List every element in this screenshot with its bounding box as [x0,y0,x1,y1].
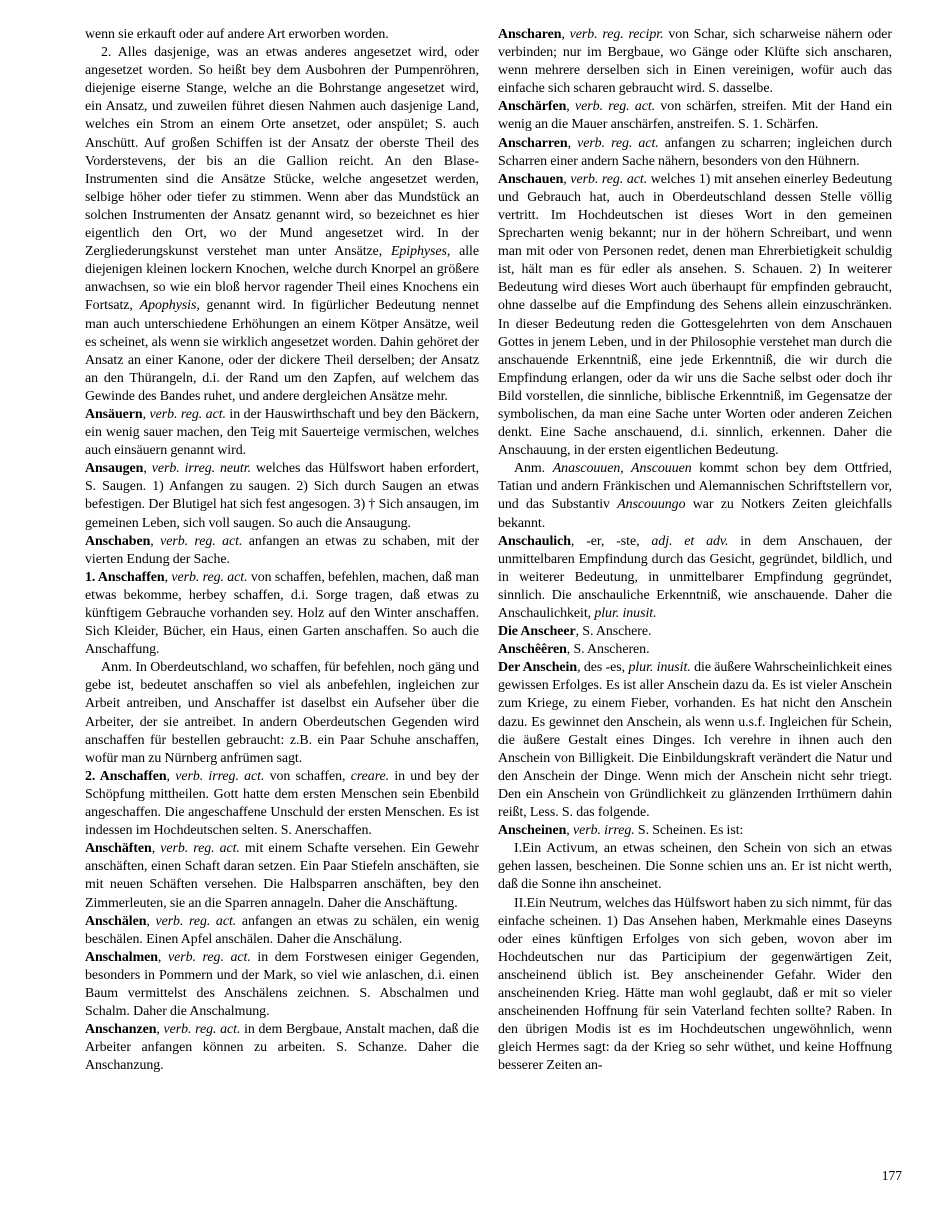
text-run: , S. Anschere. [576,624,652,639]
headword: Anschärfen [498,99,566,114]
text-run: 2. Alles dasjenige, was an etwas anderes… [85,45,479,259]
italic-run: Anscouungo [617,497,685,512]
headword: Anscheinen [498,823,566,838]
italic-run: verb. reg. act. [160,534,242,549]
italic-run: verb. reg. act. [168,950,251,965]
text-run: , [561,27,569,42]
italic-run: Anascouuen, Anscouuen [553,461,692,476]
entry-anschalmen: Anschalmen, verb. reg. act. in dem Forst… [85,949,479,1021]
text-run: , [150,534,160,549]
text-run: S. Scheinen. Es ist: [635,823,744,838]
text-run: , -er, -ste, [571,534,651,549]
headword: Anschälen [85,914,146,929]
text-run: Anm. In Oberdeutschland, wo schaffen, fü… [85,660,479,765]
headword: Der Anschein [498,660,577,675]
headword: 1. Anschaffen [85,570,165,585]
entry-anschanzen: Anschanzen, verb. reg. act. in dem Bergb… [85,1021,479,1075]
headword: Die Anscheer [498,624,576,639]
italic-run: verb. reg. act. [570,172,647,187]
ansatz-continuation: wenn sie erkauft oder auf andere Art erw… [85,26,479,44]
italic-run: verb. reg. act. [171,570,247,585]
headword: 2. Anschaffen [85,769,167,784]
italic-run: verb. irreg. act. [175,769,264,784]
headword: Anschalmen [85,950,158,965]
entry-anscharen: Anscharen, verb. reg. recipr. von Schar,… [498,26,892,98]
text-run: , S. Anscheren. [567,642,650,657]
text-run: Anm. [514,461,553,476]
text-run: die äußere Wahrscheinlichkeit eines gewi… [498,660,892,820]
headword: Anschauen [498,172,563,187]
entry-anschaben: Anschaben, verb. reg. act. anfangen an e… [85,533,479,569]
headword: Ansäuern [85,407,143,422]
italic-run: verb. reg. act. [577,136,659,151]
entry-anschaffen-1: 1. Anschaffen, verb. reg. act. von schaf… [85,569,479,659]
entry-anschaeften: Anschäften, verb. reg. act. mit einem Sc… [85,840,479,912]
italic-run: verb. reg. act. [149,407,225,422]
entry-anscheinen: Anscheinen, verb. irreg. S. Scheinen. Es… [498,822,892,840]
italic-run: Epiphyses, [391,244,450,259]
italic-run: verb. reg. act. [575,99,655,114]
italic-run: verb. reg. act. [155,914,236,929]
headword: Anschäften [85,841,152,856]
text-run: welches 1) mit ansehen einerley Bedeutun… [498,172,892,458]
headword: Anschaulich [498,534,571,549]
headword: Ansaugen [85,461,143,476]
italic-run: verb. irreg. neutr. [152,461,251,476]
entry-anscheer: Die Anscheer, S. Anschere. [498,623,892,641]
anm-anschauen: Anm. Anascouuen, Anscouuen kommt schon b… [498,460,892,532]
italic-run: verb. reg. act. [160,841,240,856]
text-run: , [152,841,160,856]
italic-run: plur. inusit. [628,660,690,675]
italic-run: adj. et adv. [651,534,728,549]
left-column: wenn sie erkauft oder auf andere Art erw… [85,26,479,1075]
ansatz-sense-2: 2. Alles dasjenige, was an etwas anderes… [85,44,479,406]
text-run: , des -es, [577,660,628,675]
text-columns: wenn sie erkauft oder auf andere Art erw… [85,26,892,1075]
italic-run: Apophysis, [140,298,200,313]
right-column: Anscharen, verb. reg. recipr. von Schar,… [498,26,892,1075]
entry-ansaeuern: Ansäuern, verb. reg. act. in der Hauswir… [85,406,479,460]
text-run: , [566,99,575,114]
text-run: , [158,950,168,965]
text-run: , [167,769,176,784]
headword: Anschaben [85,534,150,549]
entry-ansaugen: Ansaugen, verb. irreg. neutr. welches da… [85,460,479,532]
text-run: II.Ein Neutrum, welches das Hülfswort ha… [498,896,892,1074]
entry-anschaulich: Anschaulich, -er, -ste, adj. et adv. in … [498,533,892,623]
entry-anschauen: Anschauen, verb. reg. act. welches 1) mi… [498,171,892,461]
anscheinen-neutrum: II.Ein Neutrum, welches das Hülfswort ha… [498,895,892,1076]
headword: Anscharen [498,27,561,42]
text-run: , [566,823,573,838]
headword: Anschêêren [498,642,567,657]
entry-anschaerfen: Anschärfen, verb. reg. act. von schärfen… [498,98,892,134]
entry-anscharren: Anscharren, verb. reg. act. anfangen zu … [498,135,892,171]
entry-anschein: Der Anschein, des -es, plur. inusit. die… [498,659,892,822]
entry-anschaelen: Anschälen, verb. reg. act. anfangen an e… [85,913,479,949]
dictionary-page: wenn sie erkauft oder auf andere Art erw… [0,0,935,1210]
italic-run: plur. inusit. [594,606,656,621]
entry-anscheeren: Anschêêren, S. Anscheren. [498,641,892,659]
text-run: , [156,1022,163,1037]
text-run: von schaffen, [264,769,350,784]
italic-run: verb. reg. act. [164,1022,241,1037]
headword: Anschanzen [85,1022,156,1037]
text-run: genannt wird. In figürlicher Bedeutung n… [85,298,479,403]
text-run: , [568,136,577,151]
text-run: , [143,461,151,476]
anscheinen-activum: I.Ein Activum, an etwas scheinen, den Sc… [498,840,892,894]
page-number: 177 [882,1168,902,1184]
text-run: I.Ein Activum, an etwas scheinen, den Sc… [498,841,892,892]
italic-run: verb. reg. recipr. [570,27,664,42]
text-run: wenn sie erkauft oder auf andere Art erw… [85,27,389,42]
italic-run: creare. [351,769,389,784]
italic-run: verb. irreg. [573,823,635,838]
headword: Anscharren [498,136,568,151]
anm-anschaffen: Anm. In Oberdeutschland, wo schaffen, fü… [85,659,479,768]
entry-anschaffen-2: 2. Anschaffen, verb. irreg. act. von sch… [85,768,479,840]
